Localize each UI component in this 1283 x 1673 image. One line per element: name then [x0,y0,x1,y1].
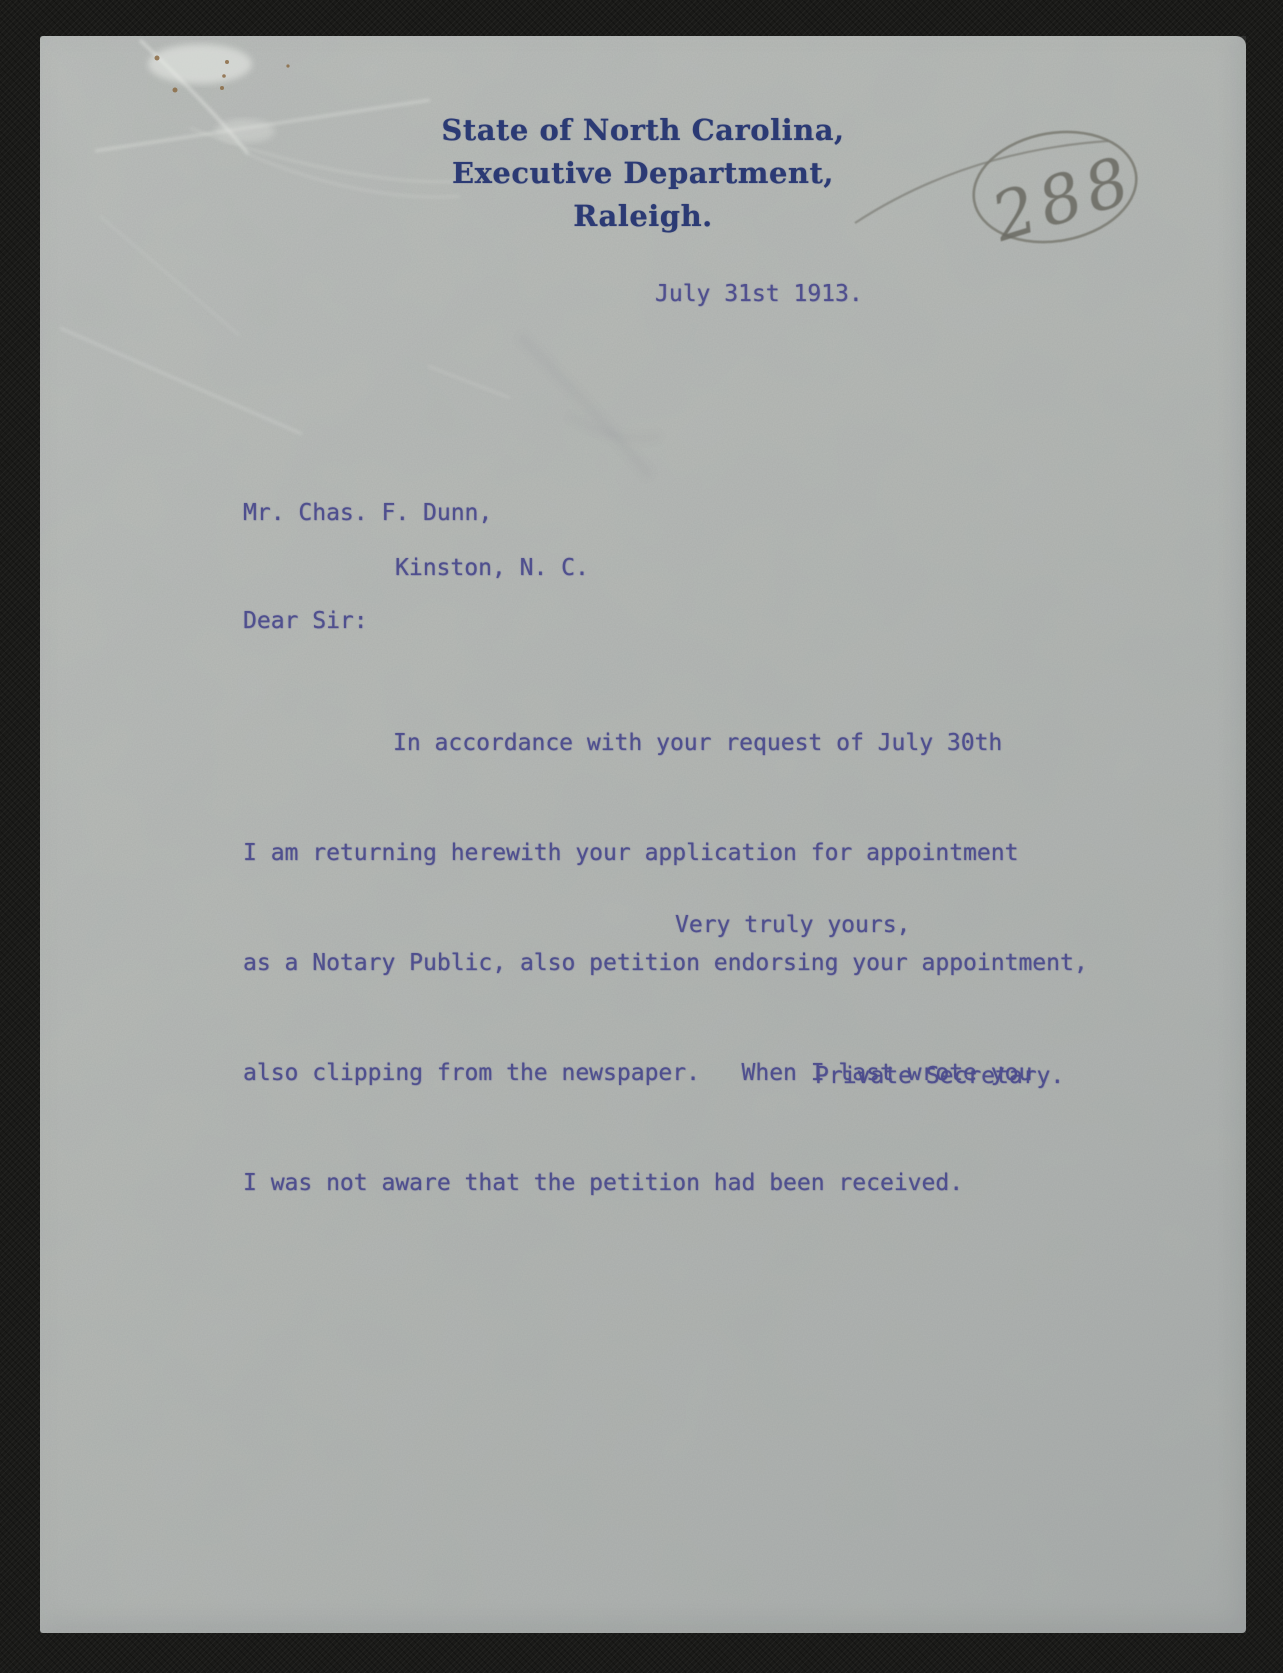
body-line: I am returning herewith your application… [243,838,1103,888]
signature-title: Private Secretary. [815,1061,1064,1091]
closing: Very truly yours, [675,910,910,940]
body-line: In accordance with your request of July … [243,728,1103,778]
foxing-specks [155,56,290,93]
date-line: July 31st 1913. [655,279,863,309]
letterhead-line-department: Executive Department, [40,152,1246,195]
scan-background: { "annotations": { "catalog_number": "28… [0,0,1283,1673]
letter-body: In accordance with your request of July … [243,668,1103,1278]
paper-tear-highlight [148,44,252,84]
body-line: as a Notary Public, also petition endors… [243,948,1103,998]
letterhead-line-city: Raleigh. [40,195,1246,238]
recipient-address: Kinston, N. C. [395,553,589,583]
letterhead-line-state: State of North Carolina, [40,109,1246,152]
bleed-through-smudge [520,336,660,476]
letter-paper: State of North Carolina, Executive Depar… [40,36,1246,1633]
body-line: I was not aware that the petition had be… [243,1168,1103,1218]
recipient-name: Mr. Chas. F. Dunn, [243,498,492,528]
salutation: Dear Sir: [243,606,368,636]
letterhead: State of North Carolina, Executive Depar… [40,109,1246,238]
